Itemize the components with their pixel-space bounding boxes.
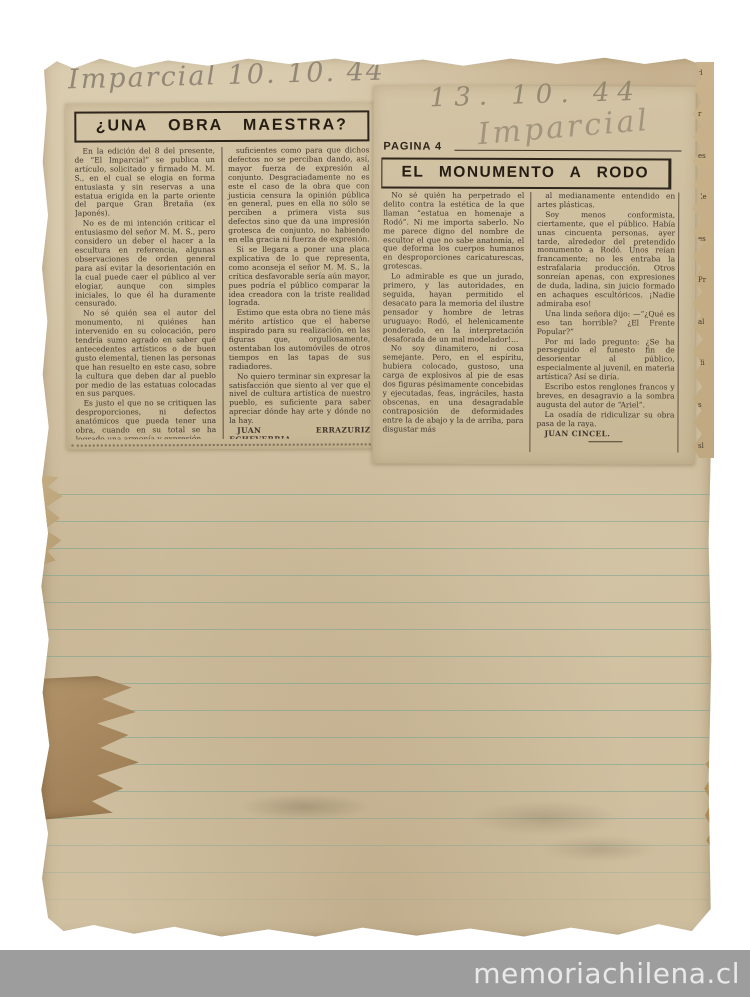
newspaper-clipping-2: 13. 10. 44 Imparcial PAGINA 4 EL MONUMEN… [372, 85, 695, 464]
paragraph: No es de mi intención criticar el entusi… [75, 219, 216, 309]
clipping2-headline: EL MONUMENTO A RODO [381, 157, 671, 189]
pagina-row: PAGINA 4 [383, 140, 681, 153]
paragraph: suficientes como para que dichos defecto… [228, 146, 370, 245]
edge-fragment: es [698, 153, 707, 160]
paragraph: Escribo estos renglones francos y breves… [537, 383, 675, 410]
paragraph: Estimo que esta obra no tiene más mérito… [229, 309, 371, 372]
paragraph: No quiero terminar sin expresar la satis… [229, 372, 371, 426]
clipping2-column-right: al medianamente entendido en artes plást… [530, 192, 679, 453]
paragraph: En la edición del 8 del presente, de “El… [74, 147, 215, 219]
clipping2-column-left: No sé quién ha perpetrado el delito cont… [382, 191, 531, 452]
paragraph: Una linda señora dijo: —“¿Qué es eso tan… [537, 310, 675, 337]
clipping2-end-rule [588, 442, 622, 443]
clipping1-columns: En la edición del 8 del presente, de “El… [74, 146, 370, 439]
scrapbook-page: Imparcial 10. 10. 44 ¿UNA OBRA MAESTRA? … [40, 56, 712, 940]
edge-fragment: al [698, 319, 707, 326]
newspaper-clipping-1: ¿UNA OBRA MAESTRA? En la edición del 8 d… [65, 102, 380, 449]
edge-fragment: Pr [698, 277, 707, 284]
pagina-rule [454, 150, 681, 152]
watermark-text: memoriachilena.cl [473, 957, 740, 990]
paragraph: La osadía de ridiculizar su obra pasa de… [536, 411, 674, 429]
clipping1-bottom-rule [72, 443, 375, 446]
paragraph: Por mi lado pregunto: ¿Se ha perseguido … [537, 338, 675, 383]
handwritten-date: 13. 10. 44 [429, 77, 642, 114]
scan-canvas: Imparcial 10. 10. 44 ¿UNA OBRA MAESTRA? … [0, 0, 750, 997]
paragraph: Es justo el que no se critiquen las desp… [76, 399, 217, 439]
clipping1-headline: ¿UNA OBRA MAESTRA? [74, 110, 369, 142]
paragraph: No sé quién sea el autor del monumento, … [75, 309, 216, 399]
paragraph: Lo admirable es que un jurado, primero, … [383, 273, 524, 345]
pagina-label: PAGINA 4 [383, 140, 442, 152]
clipping1-column-right: suficientes como para que dichos defecto… [222, 146, 371, 439]
handwritten-annotation-top: Imparcial 10. 10. 44 [68, 56, 386, 96]
paragraph: al medianamente entendido en artes plást… [537, 192, 675, 210]
clipping1-byline: JUAN ERRAZURIZ ECHEVERRIA. [229, 426, 371, 439]
edge-fragment: r [698, 111, 707, 118]
edge-fragment: s [698, 402, 707, 409]
watermark-bar: memoriachilena.cl [0, 950, 750, 997]
clipping2-byline: JUAN CINCEL. [536, 430, 674, 439]
paragraph: Si se llegara a poner una placa explicat… [228, 245, 370, 308]
paragraph: No soy dinamitero, ni cosa semejante. Pe… [382, 345, 523, 435]
paragraph: Soy menos conformista, ciertamente, que … [537, 211, 675, 309]
clipping1-column-left: En la edición del 8 del presente, de “El… [74, 147, 223, 440]
paragraph: No sé quién ha perpetrado el delito cont… [383, 191, 524, 272]
clipping2-columns: No sé quién ha perpetrado el delito cont… [382, 191, 683, 452]
edge-fragment: sl [698, 443, 707, 450]
ruled-lines [42, 468, 710, 930]
